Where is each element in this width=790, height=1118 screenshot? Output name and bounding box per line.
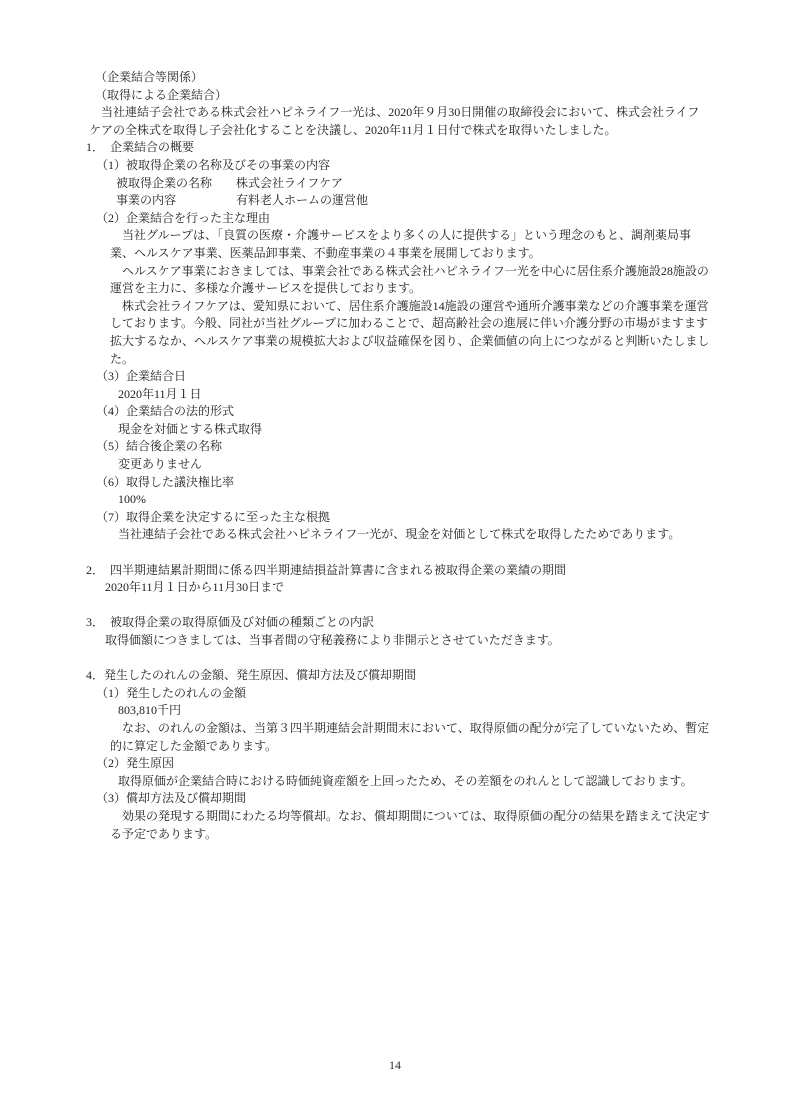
text-line: 効果の発現する期間にわたる均等償却。なお、償却期間については、取得原価の配分の結… (0, 808, 790, 826)
text-line: （企業結合等関係） (0, 69, 790, 87)
text-line: （2）企業結合を行った主な理由 (0, 210, 790, 228)
text-line: （5）結合後企業の名称 (0, 438, 790, 456)
text-line: 1． 企業結合の概要 (0, 139, 790, 157)
blank-line (0, 597, 790, 615)
text-line: 業、ヘルスケア事業、医薬品卸事業、不動産事業の４事業を展開しております。 (0, 245, 790, 263)
text-line: （2）発生原因 (0, 755, 790, 773)
text-line: （4）企業結合の法的形式 (0, 403, 790, 421)
text-line: 取得原価が企業結合時における時価純資産額を上回ったため、その差額をのれんとして認… (0, 773, 790, 791)
text-line: 4．発生したのれんの金額、発生原因、償却方法及び償却期間 (0, 667, 790, 685)
text-line: 被取得企業の名称 株式会社ライフケア (0, 175, 790, 193)
text-line: た。 (0, 351, 790, 369)
document-page: （企業結合等関係）（取得による企業結合）当社連結子会社である株式会社ハピネライフ… (0, 0, 790, 1118)
text-line: 的に算定した金額であります。 (0, 738, 790, 756)
text-line: しております。今般、同社が当社グループに加わることで、超高齢社会の進展に伴い介護… (0, 315, 790, 333)
text-line: 2020年11月１日 (0, 386, 790, 404)
text-line: （取得による企業結合） (0, 87, 790, 105)
text-line: 株式会社ライフケアは、愛知県において、居住系介護施設14施設の運営や通所介護事業… (0, 298, 790, 316)
text-line: （6）取得した議決権比率 (0, 474, 790, 492)
text-line: 当社グループは、「良質の医療・介護サービスをより多くの人に提供する」という理念の… (0, 227, 790, 245)
text-line: 当社連結子会社である株式会社ハピネライフ一光は、2020年９月30日開催の取締役… (0, 104, 790, 122)
text-line: 事業の内容 有料老人ホームの運営他 (0, 192, 790, 210)
text-line: （3）償却方法及び償却期間 (0, 790, 790, 808)
text-line: （1）被取得企業の名称及びその事業の内容 (0, 157, 790, 175)
text-line: 当社連結子会社である株式会社ハピネライフ一光が、現金を対価として株式を取得したた… (0, 526, 790, 544)
text-line: 100% (0, 491, 790, 509)
text-line: 2． 四半期連結累計期間に係る四半期連結損益計算書に含まれる被取得企業の業績の期… (0, 562, 790, 580)
blank-line (0, 544, 790, 562)
text-line: 現金を対価とする株式取得 (0, 421, 790, 439)
text-line: 3． 被取得企業の取得原価及び対価の種類ごとの内訳 (0, 614, 790, 632)
text-line: 803,810千円 (0, 702, 790, 720)
document-body: （企業結合等関係）（取得による企業結合）当社連結子会社である株式会社ハピネライフ… (0, 69, 790, 843)
text-line: 取得価額につきましては、当事者間の守秘義務により非開示とさせていただきます。 (0, 632, 790, 650)
text-line: （7）取得企業を決定するに至った主な根拠 (0, 509, 790, 527)
text-line: ケアの全株式を取得し子会社化することを決議し、2020年11月１日付で株式を取得… (0, 122, 790, 140)
text-line: る予定であります。 (0, 826, 790, 844)
text-line: 拡大するなか、ヘルスケア事業の規模拡大および収益確保を図り、企業価値の向上につな… (0, 333, 790, 351)
text-line: なお、のれんの金額は、当第３四半期連結会計期間末において、取得原価の配分が完了し… (0, 720, 790, 738)
text-line: 2020年11月１日から11月30日まで (0, 579, 790, 597)
text-line: 変更ありません (0, 456, 790, 474)
text-line: （1）発生したのれんの金額 (0, 685, 790, 703)
text-line: （3）企業結合日 (0, 368, 790, 386)
blank-line (0, 650, 790, 668)
text-line: 運営を主力に、多様な介護サービスを提供しております。 (0, 280, 790, 298)
page-number: 14 (0, 1057, 790, 1075)
text-line: ヘルスケア事業におきましては、事業会社である株式会社ハピネライフ一光を中心に居住… (0, 263, 790, 281)
